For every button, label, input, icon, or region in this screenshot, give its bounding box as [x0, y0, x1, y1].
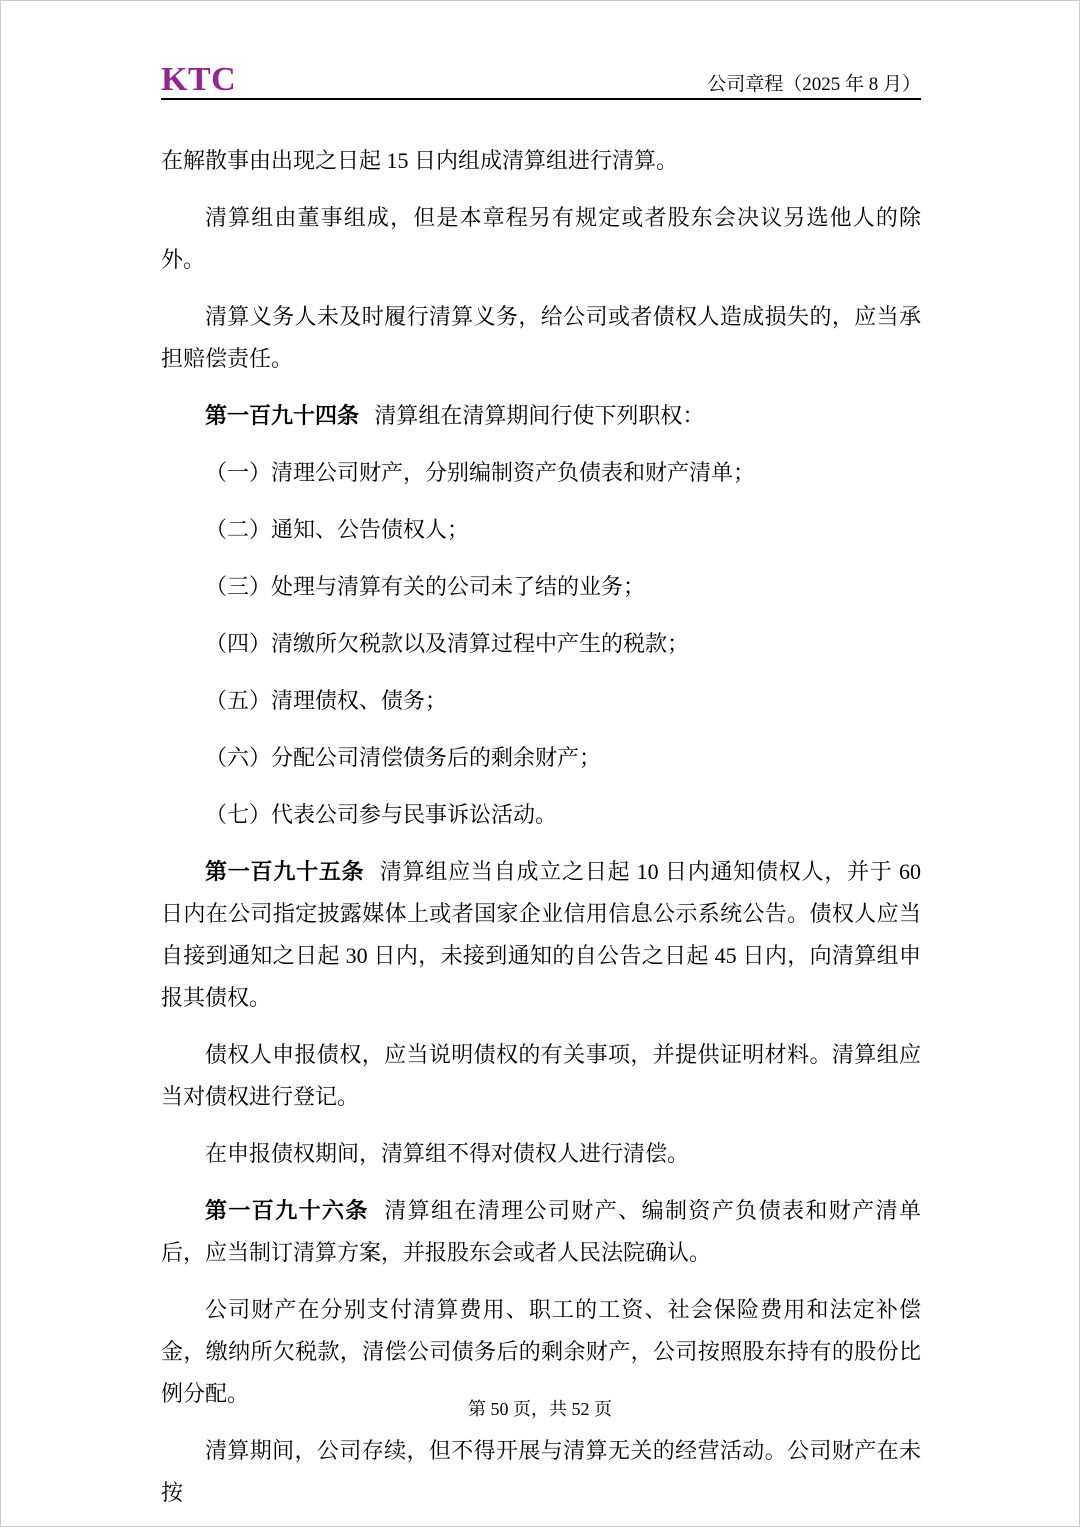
- list-item: （二）通知、公告债权人；: [161, 509, 921, 551]
- header-title: 公司章程（2025 年 8 月）: [707, 75, 921, 98]
- paragraph: 清算组由董事组成，但是本章程另有规定或者股东会决议另选他人的除外。: [161, 197, 921, 281]
- paragraph: 公司财产在分别支付清算费用、职工的工资、社会保险费用和法定补偿金，缴纳所欠税款，…: [161, 1289, 921, 1415]
- article-text: 清算组在清算期间行使下列职权：: [374, 403, 704, 428]
- list-item: （一）清理公司财产，分别编制资产负债表和财产清单；: [161, 452, 921, 494]
- list-item: （三）处理与清算有关的公司未了结的业务；: [161, 566, 921, 608]
- ktc-logo: KTC: [161, 63, 236, 98]
- list-item: （七）代表公司参与民事诉讼活动。: [161, 794, 921, 836]
- document-page: KTC 公司章程（2025 年 8 月） 在解散事由出现之日起 15 日内组成清…: [0, 0, 1080, 1527]
- paragraph-article-194: 第一百九十四条清算组在清算期间行使下列职权：: [161, 395, 921, 437]
- paragraph: 在解散事由出现之日起 15 日内组成清算组进行清算。: [161, 140, 921, 182]
- list-item: （五）清理债权、债务；: [161, 680, 921, 722]
- article-number: 第一百九十四条: [205, 403, 359, 428]
- list-item: （四）清缴所欠税款以及清算过程中产生的税款；: [161, 623, 921, 665]
- page-header: KTC 公司章程（2025 年 8 月）: [161, 1, 921, 100]
- paragraph-article-195: 第一百九十五条清算组应当自成立之日起 10 日内通知债权人，并于 60 日内在公…: [161, 851, 921, 1019]
- paragraph: 清算期间，公司存续，但不得开展与清算无关的经营活动。公司财产在未按: [161, 1430, 921, 1514]
- paragraph-article-196: 第一百九十六条清算组在清理公司财产、编制资产负债表和财产清单后，应当制订清算方案…: [161, 1190, 921, 1274]
- list-item: （六）分配公司清偿债务后的剩余财产；: [161, 737, 921, 779]
- paragraph: 清算义务人未及时履行清算义务，给公司或者债权人造成损失的，应当承担赔偿责任。: [161, 296, 921, 380]
- page-number-footer: 第 50 页，共 52 页: [1, 1399, 1079, 1421]
- article-number: 第一百九十五条: [205, 859, 364, 884]
- document-body: 在解散事由出现之日起 15 日内组成清算组进行清算。 清算组由董事组成，但是本章…: [161, 140, 921, 1527]
- article-number: 第一百九十六条: [205, 1198, 369, 1223]
- paragraph: 债权人申报债权，应当说明债权的有关事项，并提供证明材料。清算组应当对债权进行登记…: [161, 1034, 921, 1118]
- paragraph: 在申报债权期间，清算组不得对债权人进行清偿。: [161, 1133, 921, 1175]
